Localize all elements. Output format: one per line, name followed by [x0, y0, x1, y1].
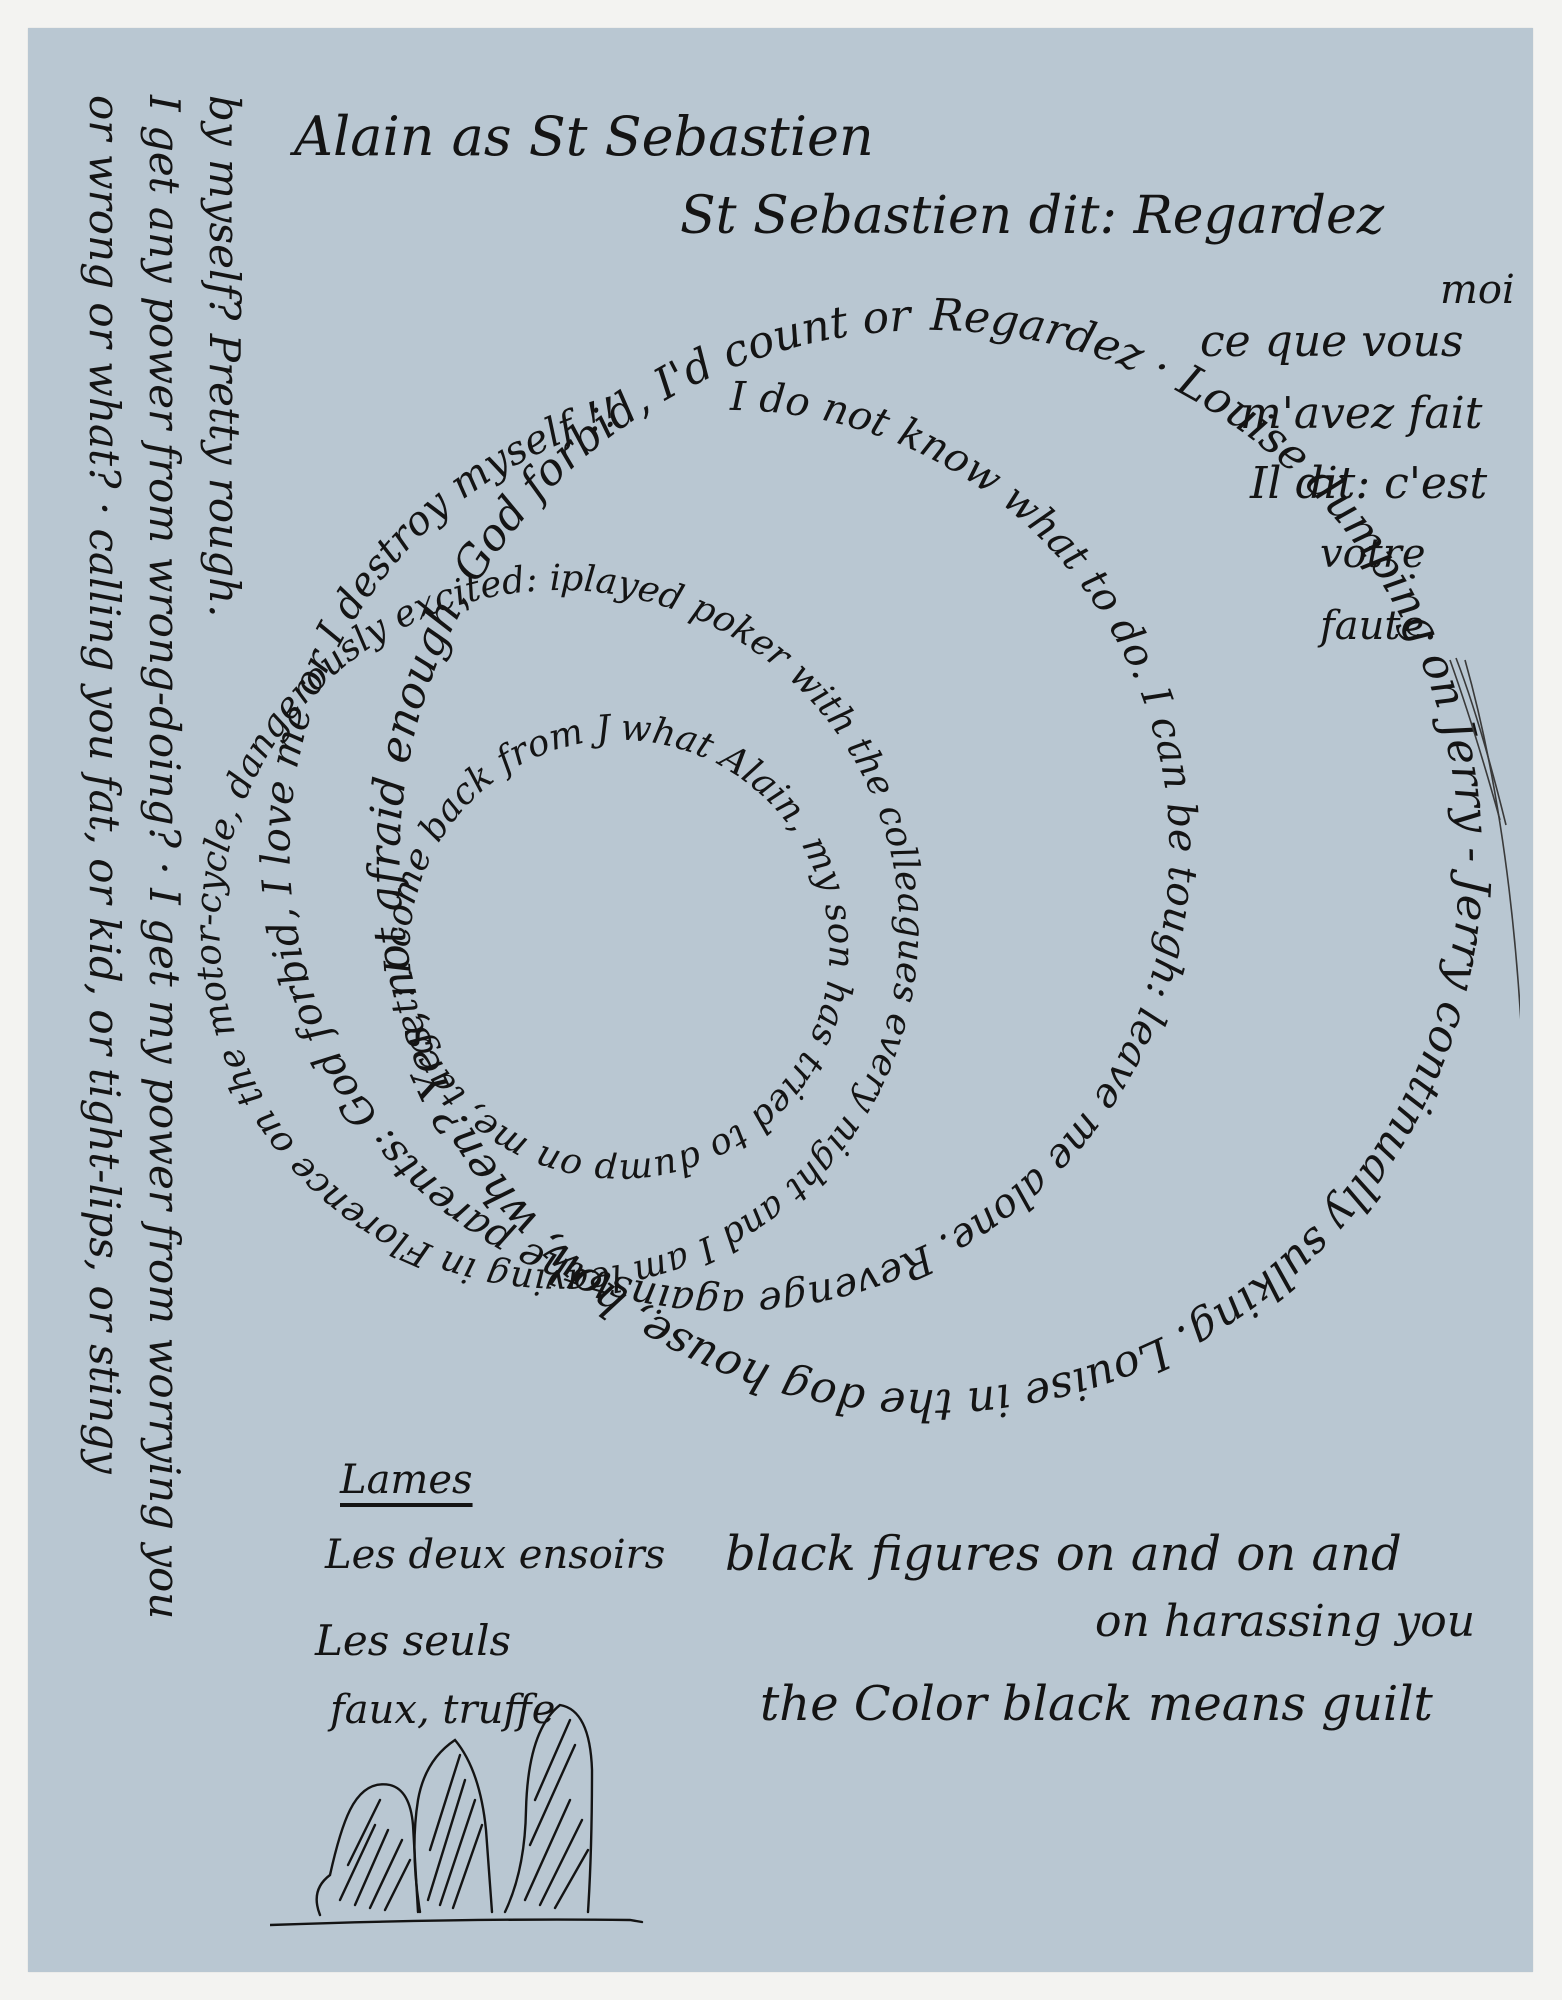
lames-heading: Lames — [340, 1460, 473, 1500]
bottom-right-line-1: black figures on and on and — [725, 1530, 1402, 1578]
bottom-right-line-2: on harassing you — [1095, 1600, 1475, 1644]
lames-line-1: Les deux ensoirs — [325, 1535, 665, 1575]
pencil-line-icon — [1450, 658, 1520, 1040]
pencil-strokes — [1420, 620, 1520, 1040]
figures-icon — [270, 1705, 642, 1925]
bottom-right-line-3: the Color black means guilt — [760, 1680, 1433, 1728]
three-figures-drawing — [270, 1650, 690, 1950]
